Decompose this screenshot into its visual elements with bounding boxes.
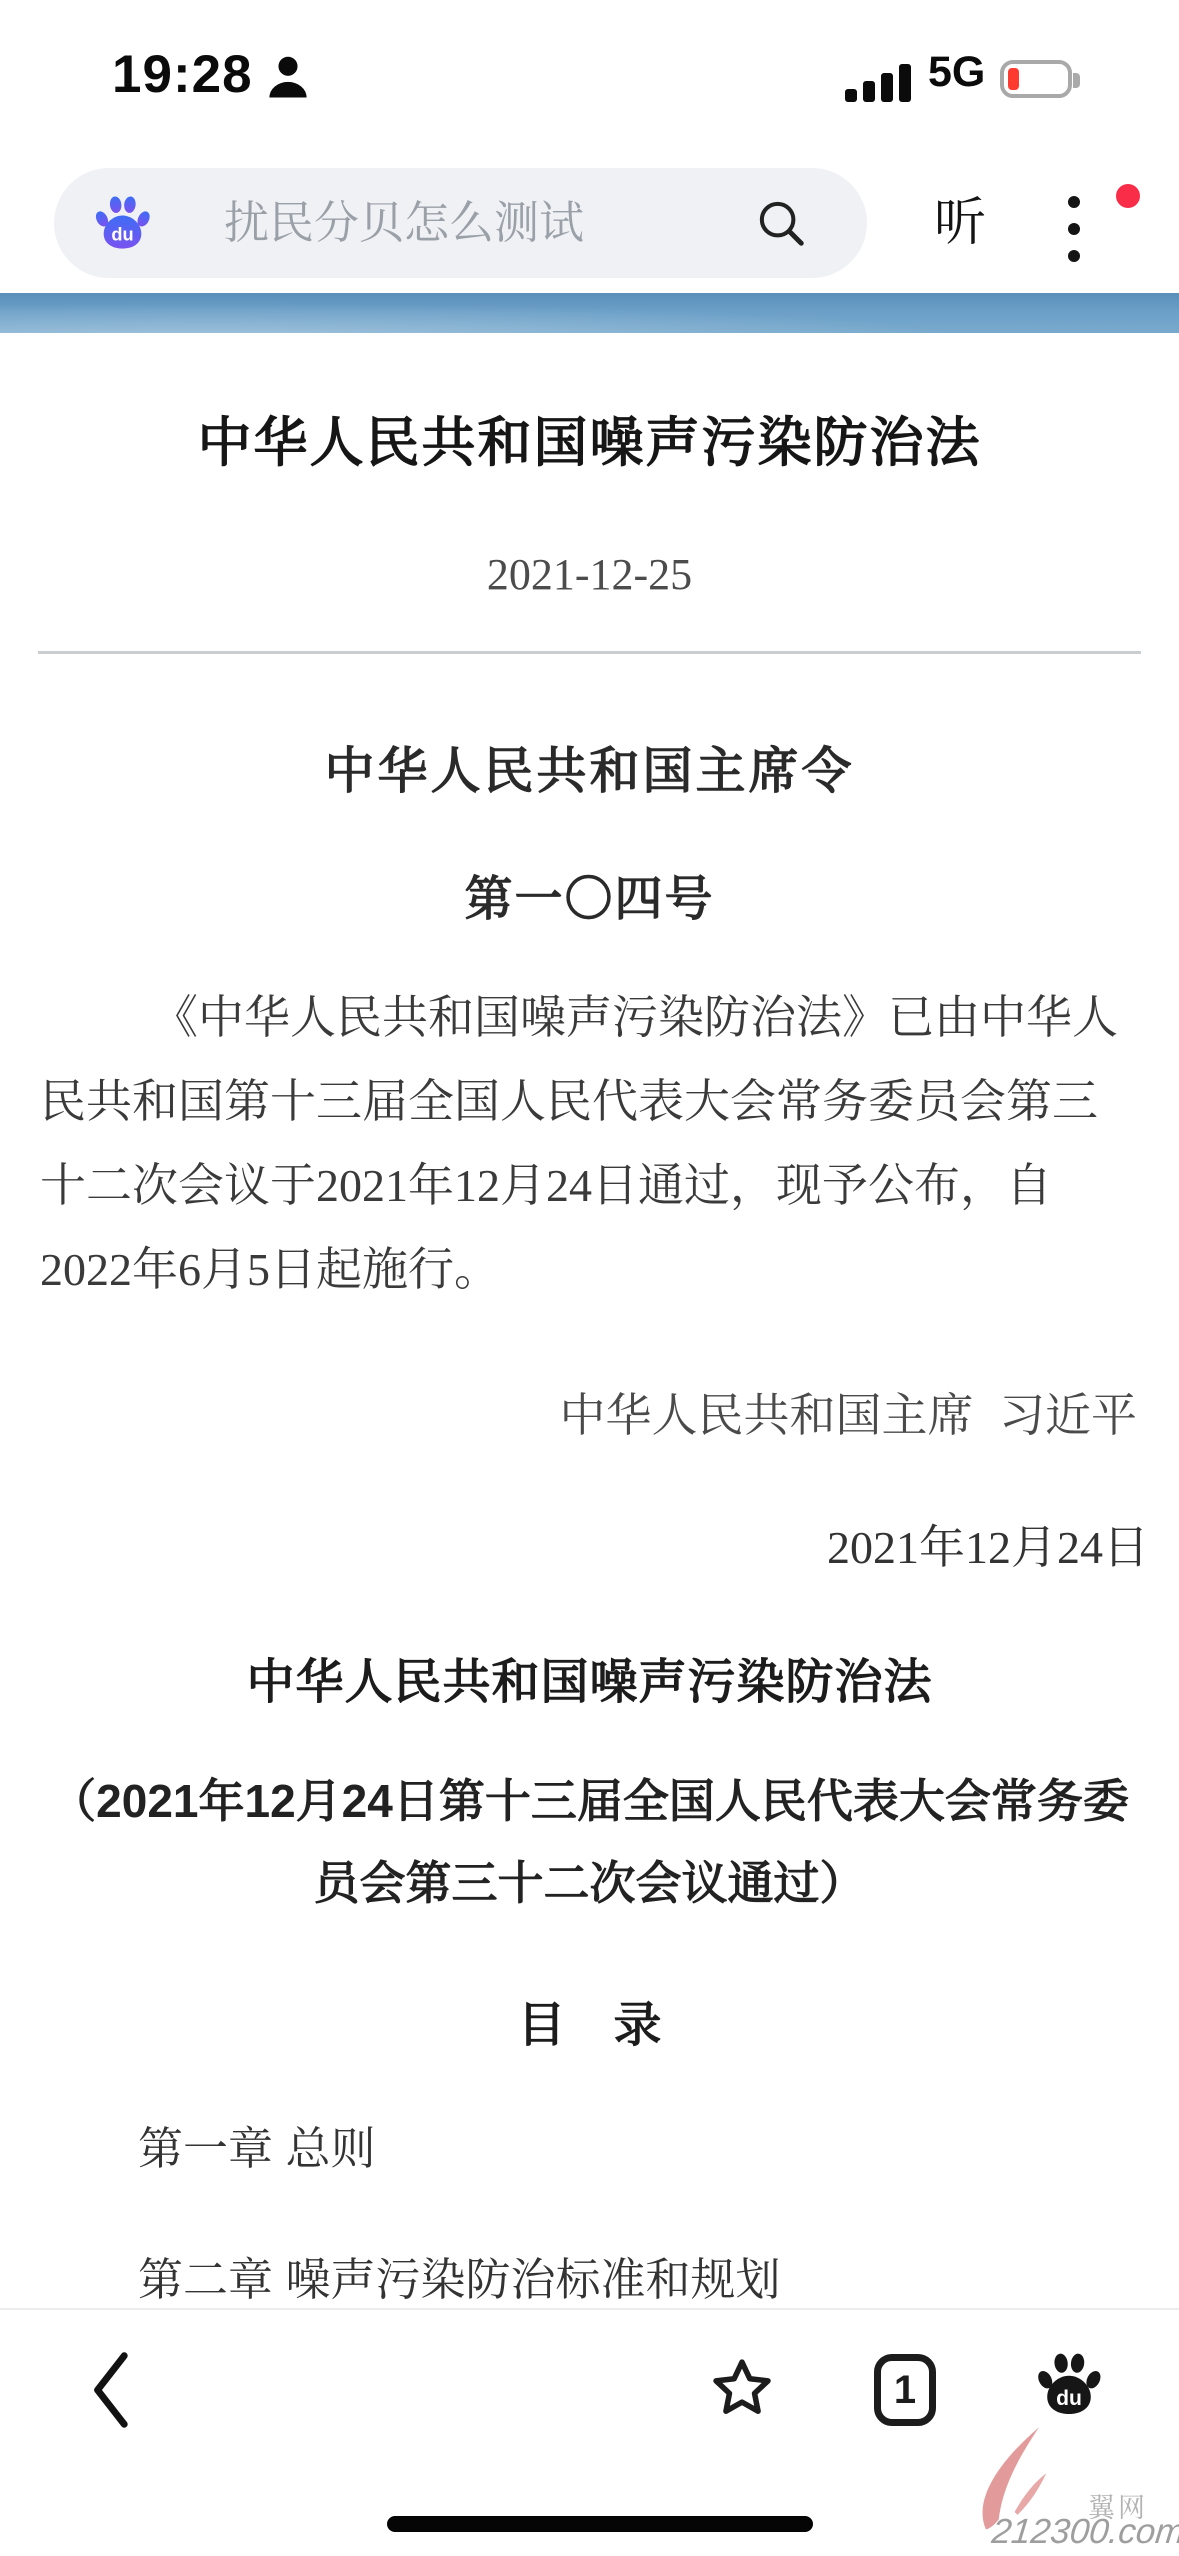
decree-number: 第一〇四号	[0, 860, 1179, 929]
tab-count: 1	[881, 2361, 929, 2419]
notification-dot	[1116, 184, 1140, 208]
article-content: 中华人民共和国噪声污染防治法 2021-12-25 中华人民共和国主席令 第一〇…	[0, 333, 1179, 2308]
passage-note-line: 员会第三十二次会议通过）	[30, 1852, 1149, 1934]
toc-item-chapter2: 第二章 噪声污染防治标准和规划	[138, 2243, 781, 2308]
svg-text:du: du	[111, 224, 133, 245]
signature: 中华人民共和国主席 习近平	[0, 1379, 1137, 1445]
bookmark-star-icon[interactable]	[707, 2354, 777, 2424]
decree-body-line: 《中华人民共和国噪声污染防治法》已由中华人	[40, 985, 1143, 1069]
search-icon[interactable]	[754, 196, 808, 250]
user-silhouette-icon	[262, 52, 314, 104]
decree-body-line: 2022年6月5日起施行。	[40, 1237, 1143, 1321]
signal-strength-icon	[845, 60, 915, 102]
publish-date: 2021-12-25	[0, 549, 1179, 600]
status-time: 19:28	[112, 44, 253, 105]
battery-icon	[1000, 60, 1072, 98]
decree-body-line: 十二次会议于2021年12月24日通过，现予公布，自	[40, 1153, 1143, 1237]
network-type-label: 5G	[928, 48, 985, 97]
phone-screen: 19:28 5G	[0, 0, 1179, 2556]
decree-body: 《中华人民共和国噪声污染防治法》已由中华人 民共和国第十三届全国人民代表大会常务…	[40, 985, 1143, 1321]
article-title: 中华人民共和国噪声污染防治法	[40, 400, 1139, 477]
decree-heading: 中华人民共和国主席令	[0, 731, 1179, 803]
watermark-domain: 212300.com	[990, 2512, 1179, 2552]
passage-note-line: （2021年12月24日第十三届全国人民代表大会常务委	[30, 1770, 1149, 1852]
toc-item-chapter1: 第一章 总则	[138, 2112, 376, 2177]
back-button[interactable]	[84, 2350, 134, 2430]
search-input[interactable]: 扰民分贝怎么测试	[224, 168, 584, 278]
browser-header: du 扰民分贝怎么测试 听	[0, 160, 1179, 290]
baidu-home-icon[interactable]: du	[1036, 2352, 1102, 2418]
svg-text:du: du	[1056, 2387, 1082, 2410]
signature-date: 2021年12月24日	[0, 1511, 1149, 1577]
divider	[38, 651, 1141, 654]
decree-body-line: 民共和国第十三届全国人民代表大会常务委员会第三	[40, 1069, 1143, 1153]
listen-button[interactable]: 听	[905, 168, 1015, 278]
toc-heading: 目 录	[0, 1986, 1179, 2055]
baidu-paw-icon: du	[94, 195, 151, 252]
menu-icon[interactable]	[1068, 196, 1080, 266]
passage-note: （2021年12月24日第十三届全国人民代表大会常务委 员会第三十二次会议通过）	[30, 1770, 1149, 1934]
law-title: 中华人民共和国噪声污染防治法	[0, 1643, 1179, 1712]
status-bar: 19:28 5G	[0, 0, 1179, 130]
search-bar[interactable]: du 扰民分贝怎么测试	[54, 168, 867, 278]
battery-level-fill	[1008, 68, 1019, 90]
tab-counter-button[interactable]: 1	[874, 2354, 936, 2426]
site-watermark: 翼网 212300.com	[970, 2420, 1170, 2550]
home-indicator[interactable]	[387, 2516, 813, 2532]
page-banner-image	[0, 293, 1179, 333]
